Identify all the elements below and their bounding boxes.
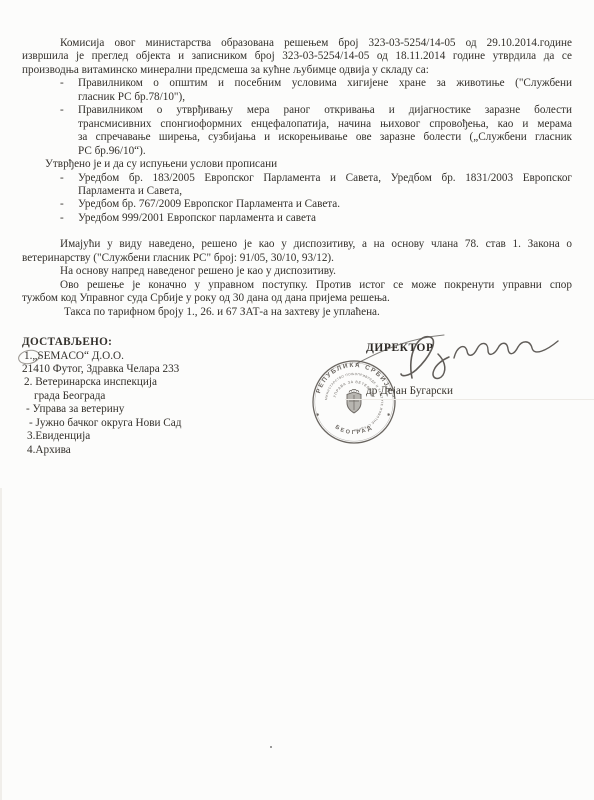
bullet-text: Правилником о општим и посебним условима… [78,77,572,90]
bullet-text: Уредбом бр. 767/2009 Европског Парламент… [78,198,572,211]
paragraph-line: Утврђено је и да су испуњени услови проп… [22,158,572,171]
pen-mark-circle [14,344,48,370]
bullet-text: Правилником о утврђивању мера раног откр… [78,104,572,117]
paragraph-line: Такса по тарифном броју 1., 26. и 67 ЗАТ… [22,306,572,319]
bullet-item: - Уредбом бр. 183/2005 Европског Парламе… [22,172,572,185]
bullet-dash: - [60,104,78,117]
paragraph-line: На основу напред наведеног решено је као… [22,265,572,278]
delivered-item: 3.Евиденција [22,430,572,443]
paragraph-line: Комисија овог министарства образована ре… [22,37,572,50]
paragraph-line: Ово решење је коначно у управном поступк… [22,279,572,292]
scanned-document-page: Комисија овог министарства образована ре… [0,0,594,800]
bullet-text: Уредбом бр. 183/2005 Европског Парламент… [78,172,572,185]
bullet-continuation: трансмисивних спонгиоформних енцефалопат… [22,118,572,131]
bullet-dash: - [60,212,78,225]
scan-speck [270,746,272,748]
bullet-continuation: за спречавање ширења, сузбијања и искоре… [22,131,572,144]
scan-edge-shadow [0,488,2,800]
bullet-dash: - [60,198,78,211]
paragraph-line: Имајући у виду наведено, решено је као у… [22,238,572,251]
bullet-item: - Уредбом бр. 767/2009 Европског Парламе… [22,198,572,211]
stamp-star-left: ✱ [316,412,320,417]
delivered-item: - Јужно бачког округа Нови Сад [22,417,572,430]
bullet-dash: - [60,77,78,90]
bullet-item: - Правилником о утврђивању мера раног от… [22,104,572,117]
scan-artifact-line [345,399,594,400]
stamp-coat-of-arms [347,389,361,413]
delivered-item: 4.Архива [22,444,572,457]
delivered-item: - Управа за ветерину [22,403,572,416]
bullet-item: - Правилником о општим и посебним услови… [22,77,572,90]
paragraph-line: производња витаминско минерални предсмеш… [22,64,572,77]
paragraph-line: извршила је преглед објекта и записником… [22,50,572,63]
bullet-text: Уредбом 999/2001 Европског парламента и … [78,212,572,225]
paragraph-line: ветеринарству ("Службени гласник РС" бро… [22,252,572,265]
bullet-continuation: Парламента и Савета, [22,185,572,198]
official-round-stamp: РЕПУБЛИКА СРБИЈА БЕОГРАД МИНИСТАРСТВО ПО… [308,356,400,448]
paragraph-gap [22,225,572,238]
paragraph-line: тужбом код Управног суда Србије у року о… [22,292,572,305]
bullet-continuation: РС бр.96/10“). [22,145,572,158]
bullet-continuation: гласник РС бр.78/10"), [22,91,572,104]
bullet-item: - Уредбом 999/2001 Европског парламента … [22,212,572,225]
bullet-dash: - [60,172,78,185]
